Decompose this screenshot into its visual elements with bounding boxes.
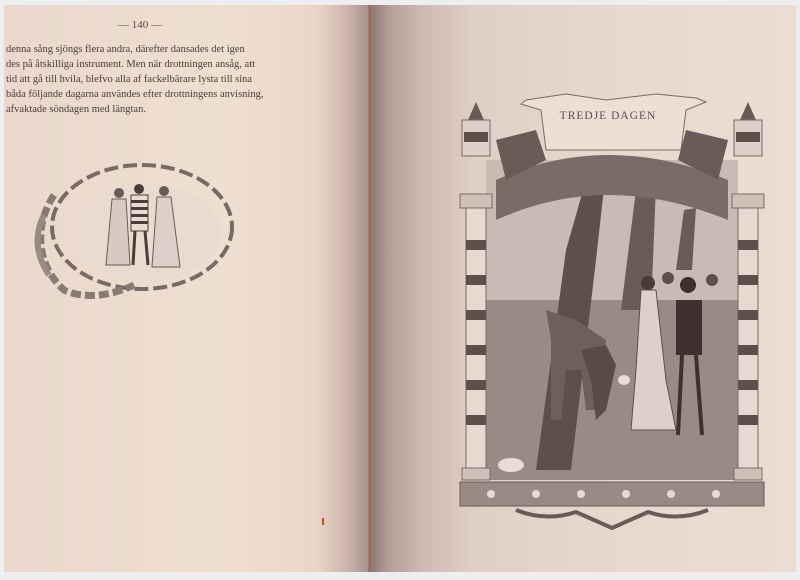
text-line: båda följande dagarna användes efter dro… <box>6 87 296 102</box>
vignette-figures-icon <box>24 155 236 303</box>
text-line: tid att gå till hvila, blefvo alla af fa… <box>6 72 296 87</box>
text-line: afvaktade söndagen med längtan. <box>6 102 296 117</box>
plate-title: TREDJE DAGEN <box>548 110 668 122</box>
text-line: denna sång sjöngs flera andra, därefter … <box>6 42 296 57</box>
body-text: denna sång sjöngs flera andra, därefter … <box>6 42 296 117</box>
ink-mark <box>322 518 324 525</box>
page-number: — 140 — <box>100 19 180 31</box>
text-line: des på åtskilliga instrument. Men när dr… <box>6 57 296 72</box>
tredje-dagen-plate-icon <box>456 90 768 530</box>
book-gutter <box>368 5 372 572</box>
vignette-illustration <box>24 155 236 303</box>
plate-illustration <box>456 90 768 530</box>
